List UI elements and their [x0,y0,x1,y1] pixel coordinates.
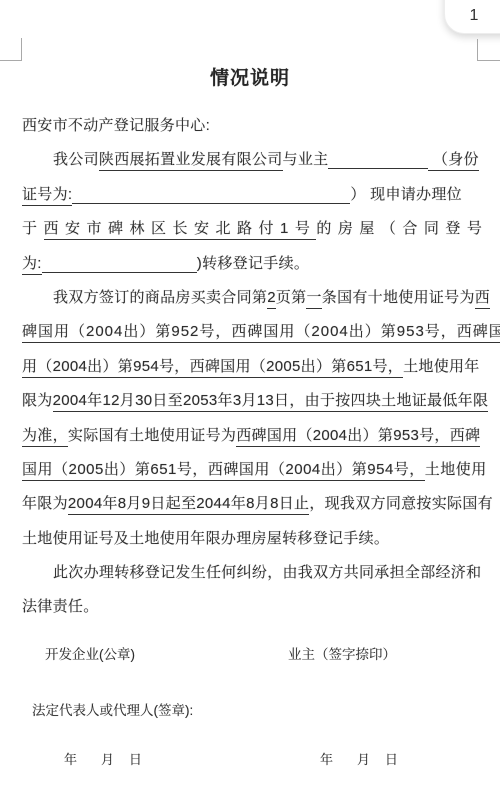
text-segment: 西 [475,289,490,309]
text-segment: 的房屋（合同登号 [316,220,488,237]
doc-line: 证号为:） 现申请办理位 [22,178,482,212]
date-field-right: 年 月 日 [320,749,399,768]
text-segment: 法律责任。 [22,598,99,615]
text-segment: 为准， [22,427,68,447]
text-segment: ，现我双方同意按实际国有 [309,495,493,512]
text-segment: 于 [22,220,44,237]
text-segment: 国用（2005出）第651号，西碑国用（2004出）第954号， [22,461,425,481]
text-segment: 实际国有土地使用证号为 [68,427,236,444]
doc-line: 国用（2005出）第651号，西碑国用（2004出）第954号，土地使用 [22,453,482,487]
text-segment: 我双方签订的商品房买卖合同第 [53,289,267,306]
text-segment: 西安市不动产登记服务中心: [22,117,210,134]
doc-line: 我双方签订的商品房买卖合同第2页第一条国有十地使用证号为西 [22,281,482,315]
document-title: 情况说明 [0,63,500,90]
text-segment: 页第 [276,289,307,306]
developer-seal-label: 开发企业(公章) [45,643,135,663]
text-segment: 土地使用年 [403,358,480,375]
text-segment: 证号为: [22,186,72,206]
blank-field [72,187,350,204]
doc-line: 此次办理转移登记发生任何纠纷，由我双方共同承担全部经济和 [22,556,482,590]
text-segment: 土地使用 [425,461,487,478]
text-segment: ） 现申请办理位 [350,186,462,203]
text-segment: 限为 [22,392,53,409]
doc-line: 西安市不动产登记服务中心: [22,109,482,143]
owner-signature-label: 业主（签字捺印） [288,643,396,663]
doc-line: 碑国用（2004出）第952号，西碑国用（2004出）第953号，西碑国 [22,315,482,349]
doc-line: 法律责任。 [22,590,482,624]
doc-line: 为准，实际国有土地使用证号为西碑国用（2004出）第953号，西碑 [22,419,482,453]
corner-mark-right-icon [477,39,500,61]
page-number-label: 1 [470,7,479,25]
text-segment: 条国有十地使用证号为 [322,289,475,306]
text-segment: 年限为 [22,495,68,512]
text-segment: 此次办理转移登记发生任何纠纷，由我双方共同承担全部经济和 [53,564,481,581]
document-page: 1 情况说明 西安市不动产登记服务中心:我公司陕西展拓置业发展有限公司与业主 （… [0,0,500,797]
doc-line: 用（2004出）第954号，西碑国用（2005出）第651号，土地使用年 [22,350,482,384]
doc-line: 我公司陕西展拓置业发展有限公司与业主 （身份 [22,143,482,177]
text-segment: 为: [22,255,42,275]
text-segment: 碑国用（2004出）第952号，西碑国用（2004出）第953号，西碑国 [22,323,500,343]
text-segment: 陕西展拓置业发展有限公司 [99,151,283,171]
text-segment: 土地使用证号及土地使用年限办理房屋转移登记手续。 [22,530,389,547]
page-number-badge[interactable]: 1 [444,0,500,34]
text-segment: )转移登记手续。 [197,255,309,272]
text-segment: 西碑国用（2004出）第953号，西碑 [236,427,480,447]
text-segment: （身份 [428,151,478,171]
text-segment: 我公司 [53,151,99,168]
doc-line: 于西安市碑林区长安北路付1号的房屋（合同登号 [22,212,482,246]
corner-mark-left-icon [0,38,22,61]
text-segment: 一 [306,289,321,309]
date-field-left: 年 月 日 [64,749,143,768]
text-segment: 西安市碑林区长安北路付1号 [44,220,317,240]
text-segment: 与业主 [283,151,329,168]
doc-line: 为:)转移登记手续。 [22,247,482,281]
doc-line: 限为2004年12月30日至2053年3月13日，由于按四块土地证最低年限 [22,384,482,418]
document-body: 西安市不动产登记服务中心:我公司陕西展拓置业发展有限公司与业主 （身份证号为:）… [22,109,482,625]
doc-line: 年限为2004年8月9日起至2044年8月8日止，现我双方同意按实际国有 [22,487,482,521]
blank-field [328,152,428,169]
legal-representative-label: 法定代表人或代理人(签章): [32,699,193,719]
text-segment: 2 [267,289,276,309]
blank-field [42,256,197,273]
doc-line: 土地使用证号及土地使用年限办理房屋转移登记手续。 [22,522,482,556]
text-segment: 2004年12月30日至2053年3月13日，由于按四块土地证最低年限 [53,392,489,412]
text-segment: 用（2004出）第954号，西碑国用（2005出）第651号， [22,358,403,378]
text-segment: 2004年8月9日起至2044年8月8日止 [68,495,309,515]
